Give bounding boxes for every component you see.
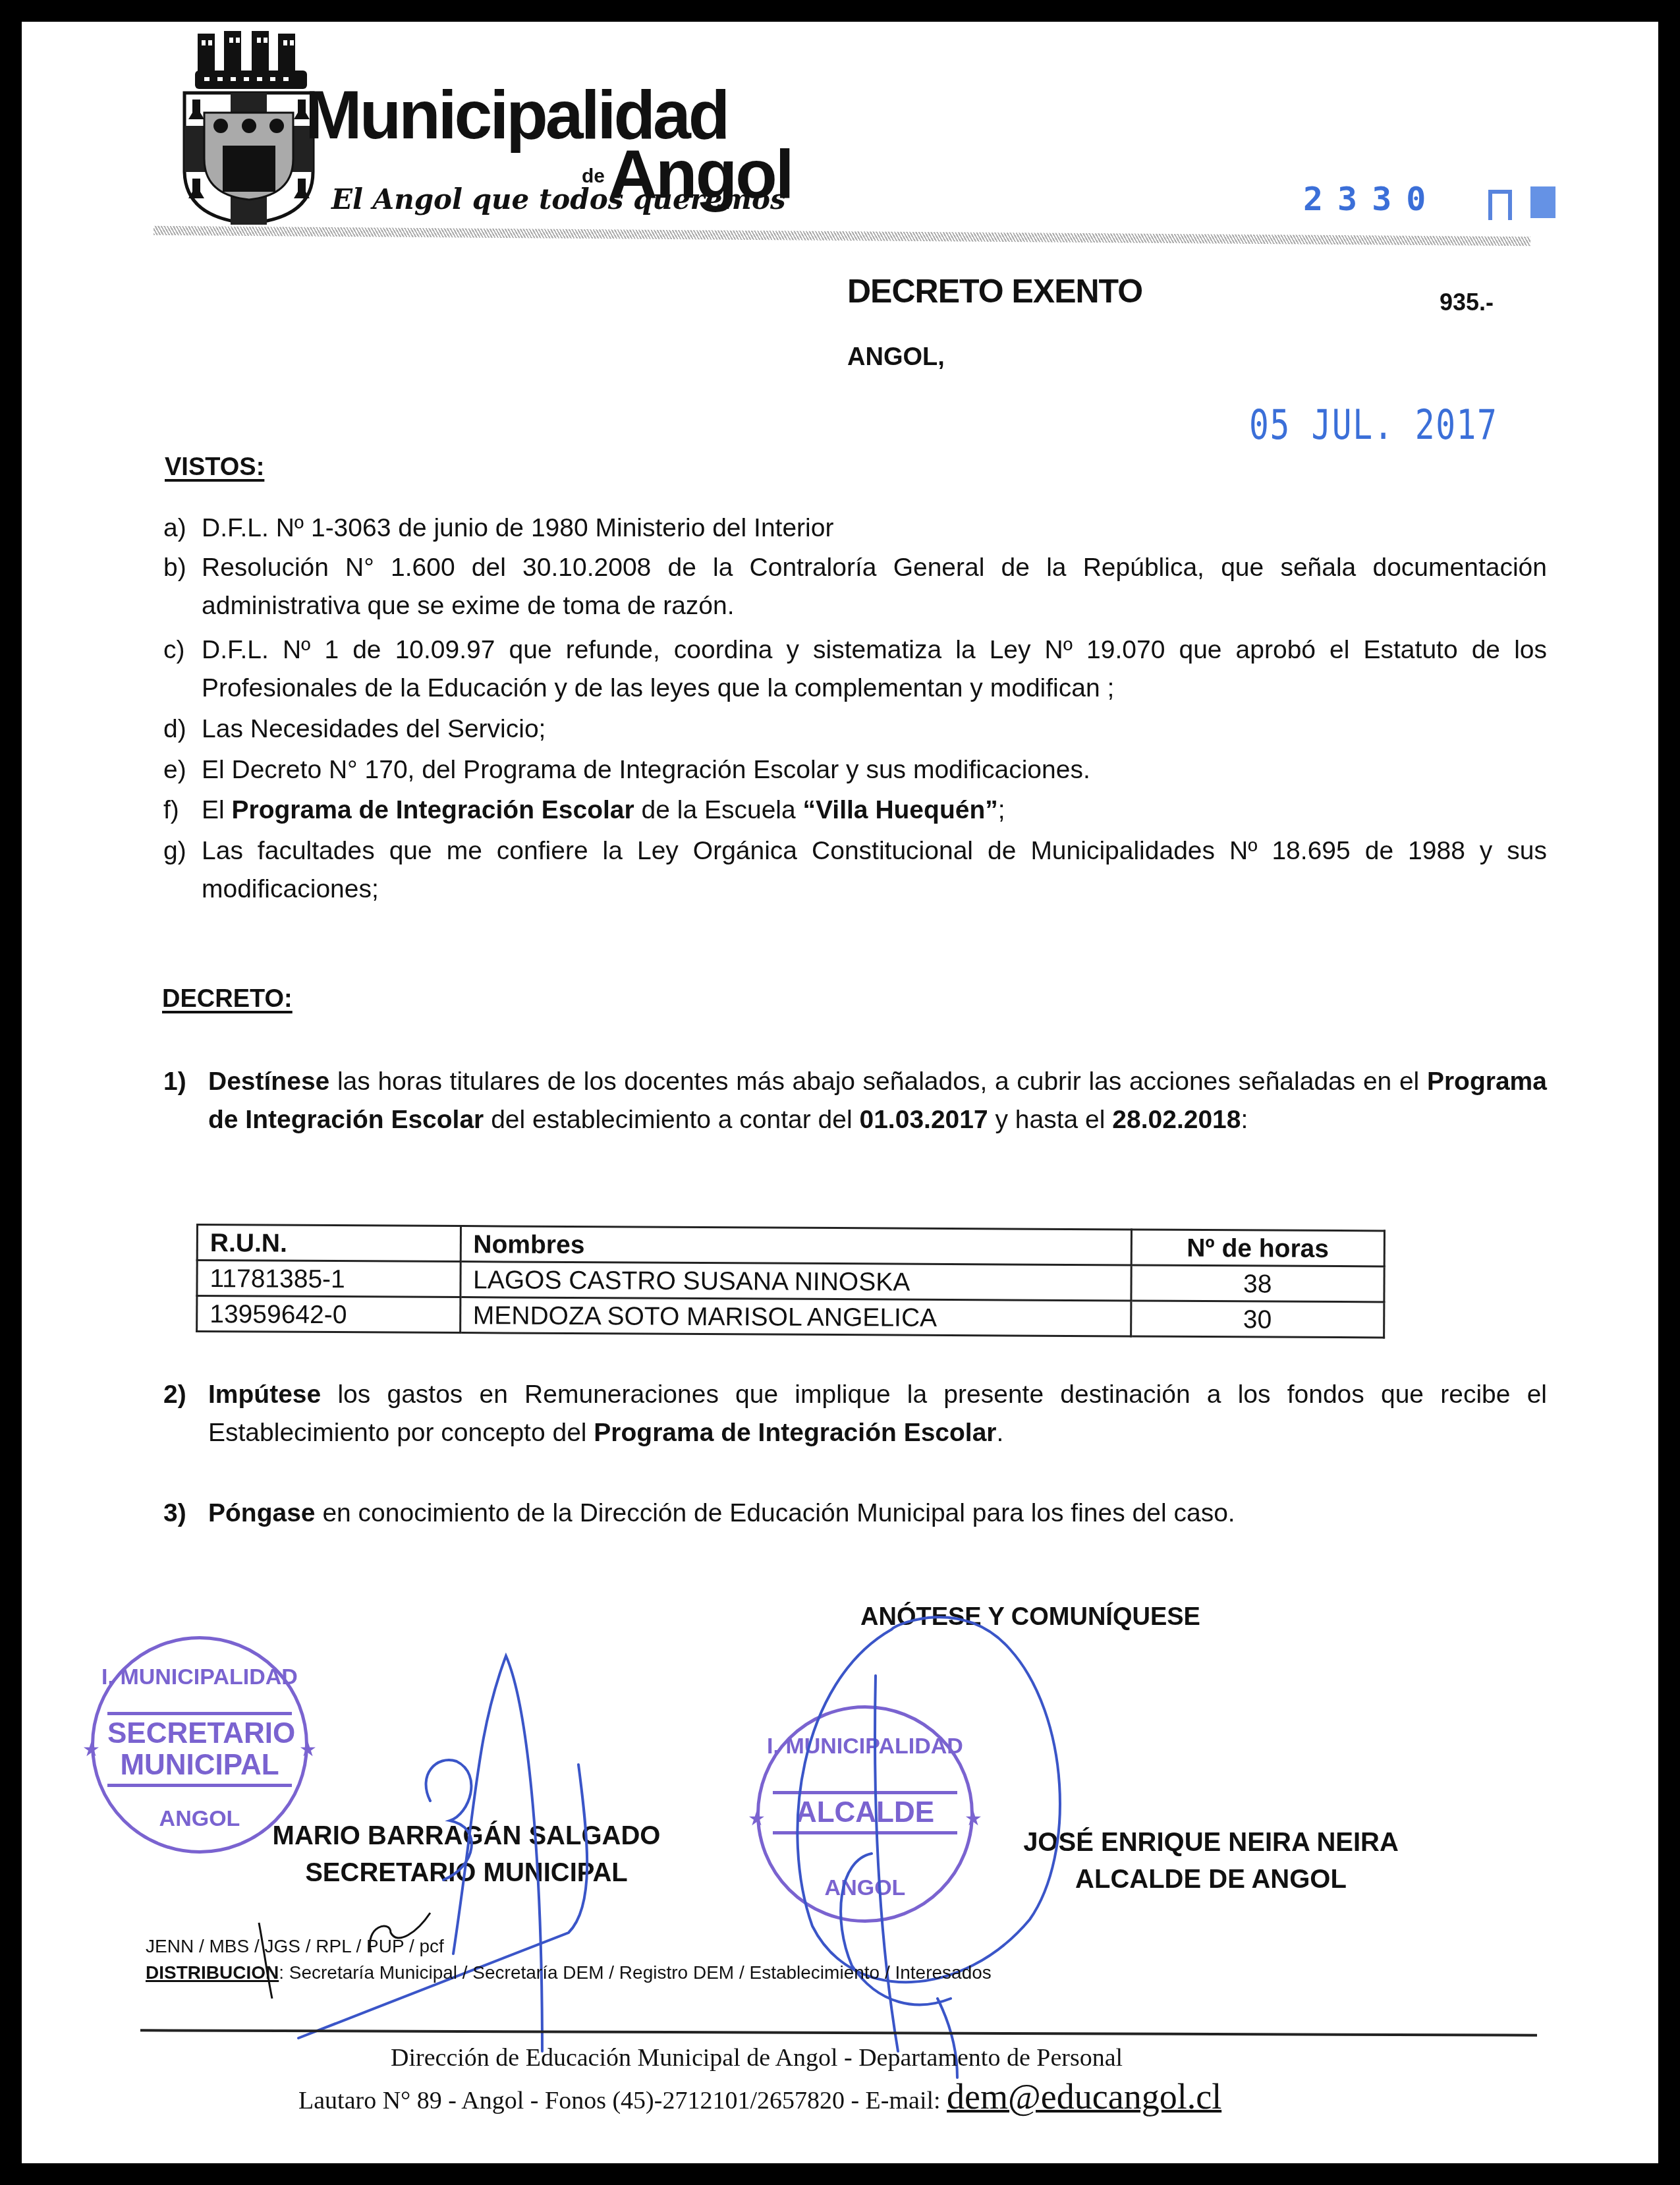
col-header-names: Nombres [461, 1226, 1131, 1265]
item-label: 3) [163, 1494, 186, 1533]
cell-hours: 30 [1131, 1301, 1384, 1338]
footer-divider [140, 2029, 1537, 2036]
secretary-signatory: MARIO BARRAGÁN SALGADO SECRETARIO MUNICI… [256, 1817, 677, 1891]
distribution-line: DISTRIBUCION: Secretaría Municipal / Sec… [146, 1962, 992, 1983]
item-text: Impútese los gastos en Remuneraciones qu… [208, 1376, 1547, 1452]
item-text: Las facultades que me confiere la Ley Or… [202, 832, 1547, 909]
program-name: Programa de Integración Escolar [594, 1419, 996, 1447]
signatory-role: SECRETARIO MUNICIPAL [256, 1854, 677, 1891]
text-run: del establecimiento a contar del [484, 1106, 859, 1134]
decreto-item-1: 1) Destínese las horas titulares de los … [163, 1063, 1547, 1139]
cell-run: 11781385-1 [197, 1261, 461, 1297]
item-text: Destínese las horas titulares de los doc… [208, 1063, 1547, 1139]
item-text: Las Necesidades del Servicio; [202, 710, 1547, 749]
footer-department: Dirección de Educación Municipal de Ango… [391, 2043, 1123, 2072]
item-label: 1) [163, 1063, 186, 1101]
text-run: en conocimiento de la Dirección de Educa… [316, 1499, 1235, 1527]
text-run: las horas titulares de los docentes más … [329, 1067, 1427, 1096]
col-header-run: R.U.N. [197, 1225, 461, 1262]
star-icon: ★ [299, 1738, 317, 1761]
vistos-item: d) Las Necesidades del Servicio; [163, 710, 1547, 749]
cell-name: MENDOZA SOTO MARISOL ANGELICA [460, 1297, 1131, 1336]
text-run: ; [998, 796, 1005, 824]
registry-stamp: 2330 [1303, 180, 1440, 218]
text-run: y hasta el [988, 1106, 1113, 1134]
mayor-seal: I. MUNICIPALIDAD ALCALDE ANGOL ★ ★ [756, 1705, 974, 1923]
item-label: b) [163, 549, 186, 587]
date-from: 01.03.2017 [859, 1106, 988, 1134]
item-text: Póngase en conocimiento de la Dirección … [208, 1494, 1547, 1533]
table-row: 13959642-0 MENDOZA SOTO MARISOL ANGELICA… [197, 1296, 1384, 1338]
col-header-hours: Nº de horas [1131, 1230, 1385, 1266]
seal-middle-text: ALCALDE [773, 1791, 957, 1834]
text-run: de la Escuela [634, 796, 803, 824]
star-icon: ★ [82, 1738, 100, 1761]
distribution-recipients: : Secretaría Municipal / Secretaría DEM … [279, 1962, 992, 1983]
coat-of-arms-icon [178, 27, 323, 225]
seal-top-text: I. MUNICIPALIDAD [94, 1664, 305, 1690]
slogan: El Angol que todos queremos [331, 183, 786, 215]
star-icon: ★ [748, 1807, 766, 1830]
distribution-label: DISTRIBUCION [146, 1962, 279, 1983]
stamp-mark-icon [1488, 190, 1512, 220]
item-label: e) [163, 751, 186, 789]
vistos-item: e) El Decreto N° 170, del Programa de In… [163, 751, 1547, 789]
date-stamp: 05 JUL. 2017 [1249, 401, 1498, 449]
item-text: Resolución N° 1.600 del 30.10.2008 de la… [202, 549, 1547, 625]
item-text: D.F.L. Nº 1-3063 de junio de 1980 Minist… [202, 509, 1547, 548]
vistos-item: b) Resolución N° 1.600 del 30.10.2008 de… [163, 549, 1547, 625]
signatory-role: ALCALDE DE ANGOL [1003, 1861, 1418, 1898]
table-row: 11781385-1 LAGOS CASTRO SUSANA NINOSKA 3… [197, 1261, 1384, 1302]
item-text: El Programa de Integración Escolar de la… [202, 791, 1547, 830]
item-label: d) [163, 710, 186, 749]
text-run: El [202, 796, 232, 824]
decree-city: ANGOL, [847, 343, 945, 372]
program-name: Programa de Integración Escolar [232, 796, 634, 824]
item-label: g) [163, 832, 186, 870]
lead-verb: Impútese [208, 1380, 321, 1409]
item-text: El Decreto N° 170, del Programa de Integ… [202, 751, 1547, 789]
lead-verb: Destínese [208, 1067, 329, 1096]
seal-top-text: I. MUNICIPALIDAD [760, 1734, 970, 1759]
decree-number: 935.- [1440, 289, 1494, 316]
closing-formula: ANÓTESE Y COMUNÍQUESE [860, 1603, 1200, 1632]
vistos-item: a) D.F.L. Nº 1-3063 de junio de 1980 Min… [163, 509, 1547, 548]
item-label: f) [163, 791, 179, 830]
item-label: c) [163, 631, 185, 669]
item-label: a) [163, 509, 186, 548]
vistos-item: g) Las facultades que me confiere la Ley… [163, 832, 1547, 909]
teachers-table: R.U.N. Nombres Nº de horas 11781385-1 LA… [196, 1224, 1386, 1338]
school-name: “Villa Huequén” [803, 796, 998, 824]
signatory-name: MARIO BARRAGÁN SALGADO [256, 1817, 677, 1854]
seal-bottom-text: ANGOL [760, 1875, 970, 1901]
vistos-item: c) D.F.L. Nº 1 de 10.09.97 que refunde, … [163, 631, 1547, 708]
footer-address: Lautaro N° 89 - Angol - Fonos (45)-27121… [298, 2087, 947, 2114]
item-text: D.F.L. Nº 1 de 10.09.97 que refunde, coo… [202, 631, 1547, 708]
table-header-row: R.U.N. Nombres Nº de horas [197, 1225, 1384, 1266]
vistos-heading: VISTOS: [165, 453, 264, 482]
cell-name: LAGOS CASTRO SUSANA NINOSKA [460, 1262, 1131, 1301]
text-run: : [1241, 1106, 1248, 1134]
document-page: Municipalidad de Angol El Angol que todo… [22, 22, 1658, 2163]
author-initials: JENN / MBS / JGS / RPL / PUP / pcf [146, 1936, 444, 1957]
decreto-heading: DECRETO: [162, 985, 293, 1013]
cell-hours: 38 [1131, 1265, 1385, 1302]
lead-verb: Póngase [208, 1499, 316, 1527]
cell-run: 13959642-0 [197, 1296, 461, 1333]
decree-title: DECRETO EXENTO [847, 272, 1142, 310]
footer-contact: Lautaro N° 89 - Angol - Fonos (45)-27121… [298, 2076, 1221, 2117]
item-label: 2) [163, 1376, 186, 1414]
vistos-item: f) El Programa de Integración Escolar de… [163, 791, 1547, 830]
star-icon: ★ [965, 1807, 982, 1830]
seal-middle-text: SECRETARIO MUNICIPAL [107, 1712, 292, 1787]
decreto-item-3: 3) Póngase en conocimiento de la Direcci… [163, 1494, 1547, 1533]
decreto-item-2: 2) Impútese los gastos en Remuneraciones… [163, 1376, 1547, 1452]
mayor-signatory: JOSÉ ENRIQUE NEIRA NEIRA ALCALDE DE ANGO… [1003, 1824, 1418, 1898]
stamp-mark-icon [1530, 186, 1555, 218]
signatory-name: JOSÉ ENRIQUE NEIRA NEIRA [1003, 1824, 1418, 1861]
footer-email-link[interactable]: dem@educangol.cl [947, 2077, 1221, 2116]
header-divider [154, 226, 1530, 246]
date-to: 28.02.2018 [1112, 1106, 1241, 1134]
text-run: . [997, 1419, 1004, 1447]
